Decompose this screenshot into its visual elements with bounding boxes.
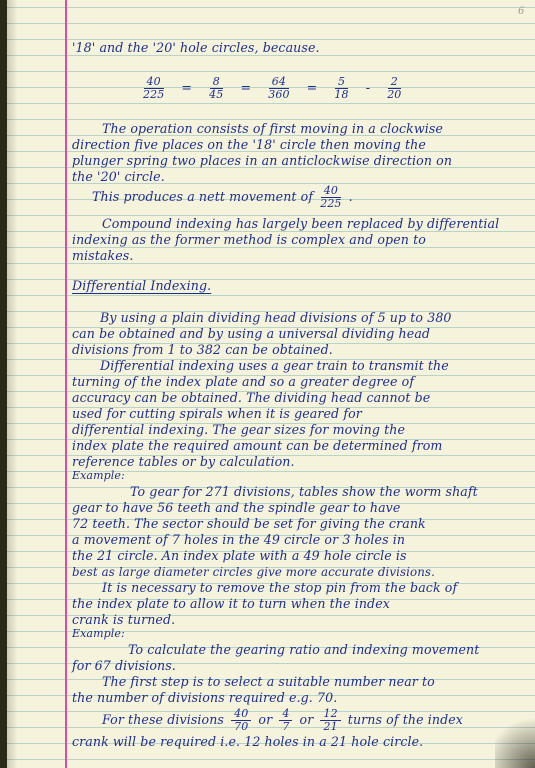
text-line: the 21 circle. An index plate with a 49 … bbox=[72, 548, 407, 564]
margin-rule bbox=[65, 0, 67, 768]
text-line: used for cutting spirals when it is gear… bbox=[72, 406, 362, 422]
equation: 40225 = 845 = 64360 = 518 - 220 bbox=[140, 76, 404, 101]
text-line: crank will be required i.e. 12 holes in … bbox=[72, 734, 423, 750]
binding-edge bbox=[0, 0, 7, 768]
text-line: 72 teeth. The sector should be set for g… bbox=[72, 516, 426, 532]
fraction: 40225 bbox=[143, 76, 164, 101]
example-label: Example: bbox=[72, 626, 125, 642]
section-heading: Differential Indexing. bbox=[72, 278, 211, 294]
text-line: Differential indexing uses a gear train … bbox=[100, 358, 449, 374]
operator: = bbox=[240, 80, 251, 95]
fraction: 4070 bbox=[231, 708, 251, 733]
fraction: 1221 bbox=[320, 708, 340, 733]
text-span: or bbox=[300, 712, 314, 727]
text-line: a movement of 7 holes in the 49 circle o… bbox=[72, 532, 405, 548]
text-line: the index plate to allow it to turn when… bbox=[72, 596, 390, 612]
text-line: index plate the required amount can be d… bbox=[72, 438, 442, 454]
text-line: plunger spring two places in an anticloc… bbox=[72, 153, 452, 169]
text-line: This produces a nett movement of 40225 . bbox=[92, 185, 353, 210]
text-line: for 67 divisions. bbox=[72, 658, 176, 674]
text-line: Compound indexing has largely been repla… bbox=[102, 216, 499, 232]
operator: = bbox=[181, 80, 192, 95]
text-span: This produces a nett movement of bbox=[92, 189, 313, 204]
text-line: differential indexing. The gear sizes fo… bbox=[72, 422, 405, 438]
text-line: the number of divisions required e.g. 70… bbox=[72, 690, 337, 706]
text-line: The first step is to select a suitable n… bbox=[102, 674, 435, 690]
text-line: turning of the index plate and so a grea… bbox=[72, 374, 414, 390]
text-line: can be obtained and by using a universal… bbox=[72, 326, 430, 342]
operator: - bbox=[366, 80, 370, 95]
text-line: To calculate the gearing ratio and index… bbox=[128, 642, 479, 658]
text-line: indexing as the former method is complex… bbox=[72, 232, 426, 248]
text-line: The operation consists of first moving i… bbox=[102, 121, 443, 137]
example-label: Example: bbox=[72, 468, 125, 484]
fraction: 518 bbox=[334, 76, 348, 101]
text-span: For these divisions bbox=[102, 712, 224, 727]
text-line: By using a plain dividing head divisions… bbox=[100, 310, 452, 326]
fraction: 47 bbox=[279, 708, 292, 733]
fraction: 40225 bbox=[320, 185, 341, 210]
fraction: 64360 bbox=[268, 76, 289, 101]
page-corner-shadow bbox=[495, 708, 535, 768]
text-line: direction five places on the '18' circle… bbox=[72, 137, 426, 153]
text-line: accuracy can be obtained. The dividing h… bbox=[72, 390, 430, 406]
text-span: turns of the index bbox=[348, 712, 463, 727]
page-number: 6 bbox=[518, 6, 524, 17]
fraction: 845 bbox=[209, 76, 223, 101]
text-line: mistakes. bbox=[72, 248, 133, 264]
fraction: 220 bbox=[387, 76, 401, 101]
text-line: gear to have 56 teeth and the spindle ge… bbox=[72, 500, 400, 516]
text-line: To gear for 271 divisions, tables show t… bbox=[130, 484, 478, 500]
text-line: divisions from 1 to 382 can be obtained. bbox=[72, 342, 333, 358]
text-line: For these divisions 4070 or 47 or 1221 t… bbox=[102, 708, 463, 733]
text-line: It is necessary to remove the stop pin f… bbox=[102, 580, 457, 596]
operator: = bbox=[307, 80, 318, 95]
text-span: or bbox=[258, 712, 272, 727]
text-line: '18' and the '20' hole circles, because. bbox=[72, 40, 320, 56]
text-line: the '20' circle. bbox=[72, 169, 165, 185]
text-line: best as large diameter circles give more… bbox=[72, 564, 435, 580]
notebook-page: 6 '18' and the '20' hole circles, becaus… bbox=[0, 0, 535, 768]
